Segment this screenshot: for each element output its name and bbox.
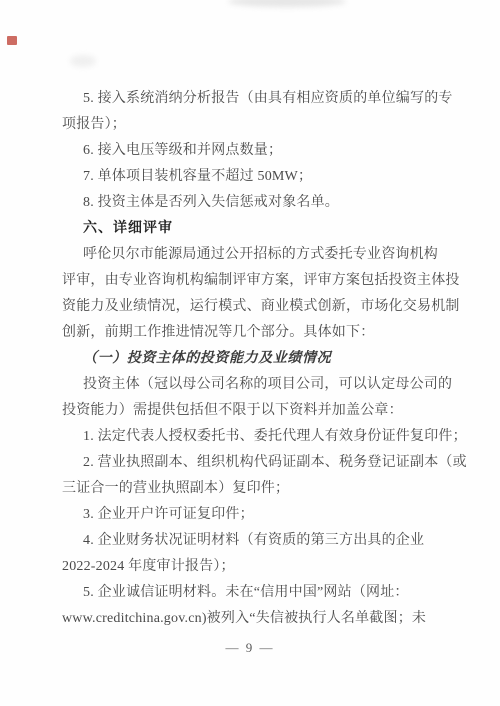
text-line: 6. 接入电压等级和并网点数量； [62,138,444,164]
section-6-intro: 呼伦贝尔市能源局通过公开招标的方式委托专业咨询机构评审，由专业咨询机构编制评审方… [62,242,444,346]
material-2-business-license: 2. 营业执照副本、组织机构代码证副本、税务登记证副本（或三证合一的营业执照副本… [62,450,444,502]
text-line: 三证合一的营业执照副本）复印件； [62,476,444,502]
material-5-credit-proof: 5. 企业诚信证明材料。未在“信用中国”网站（网址：www.creditchin… [62,580,444,632]
material-3-account-permit: 3. 企业开户许可证复印件； [62,502,444,528]
clause-6-voltage-level: 6. 接入电压等级和并网点数量； [62,138,444,164]
red-stamp-mark [7,36,17,45]
text-line: 2022-2024 年度审计报告）； [62,554,444,580]
clause-7-capacity-limit: 7. 单体项目装机容量不超过 50MW； [62,164,444,190]
scan-smudge-top [228,0,346,7]
text-line: 7. 单体项目装机容量不超过 50MW； [62,164,444,190]
text-line: 2. 营业执照副本、组织机构代码证副本、税务登记证副本（或 [62,450,444,476]
clause-8-dishonesty-list: 8. 投资主体是否列入失信惩戒对象名单。 [62,190,444,216]
material-1-authorization: 1. 法定代表人授权委托书、委托代理人有效身份证件复印件； [62,424,444,450]
text-line: （一）投资主体的投资能力及业绩情况 [62,346,444,372]
text-line: www.creditchina.gov.cn)被列入“失信被执行人名单截图；未 [62,606,444,632]
subsection-1-heading: （一）投资主体的投资能力及业绩情况 [62,346,444,372]
scanned-document-page: 5. 接入系统消纳分析报告（由具有相应资质的单位编写的专项报告）；6. 接入电压… [0,0,500,706]
subsection-1-intro: 投资主体（冠以母公司名称的项目公司，可以认定母公司的投资能力）需提供包括但不限于… [62,372,444,424]
text-line: 1. 法定代表人授权委托书、委托代理人有效身份证件复印件； [62,424,444,450]
text-line: 六、详细评审 [62,216,444,242]
text-line: 5. 企业诚信证明材料。未在“信用中国”网站（网址： [62,580,444,606]
text-line: 资能力及业绩情况，运行模式、商业模式创新，市场化交易机制 [62,294,444,320]
material-4-financial-status: 4. 企业财务状况证明材料（有资质的第三方出具的企业2022-2024 年度审计… [62,528,444,580]
clause-5-grid-absorption-report: 5. 接入系统消纳分析报告（由具有相应资质的单位编写的专项报告）； [62,86,444,138]
text-line: 5. 接入系统消纳分析报告（由具有相应资质的单位编写的专 [62,86,444,112]
text-line: 4. 企业财务状况证明材料（有资质的第三方出具的企业 [62,528,444,554]
section-6-heading: 六、详细评审 [62,216,444,242]
text-line: 投资能力）需提供包括但不限于以下资料并加盖公章： [62,398,444,424]
page-number: — 9 — [0,640,500,656]
text-line: 8. 投资主体是否列入失信惩戒对象名单。 [62,190,444,216]
text-line: 创新，前期工作推进情况等几个部分。具体如下： [62,320,444,346]
text-line: 3. 企业开户许可证复印件； [62,502,444,528]
text-line: 评审，由专业咨询机构编制评审方案，评审方案包括投资主体投 [62,268,444,294]
text-line: 项报告）； [62,112,444,138]
text-line: 投资主体（冠以母公司名称的项目公司，可以认定母公司的 [62,372,444,398]
text-line: 呼伦贝尔市能源局通过公开招标的方式委托专业咨询机构 [62,242,444,268]
scan-smudge-left [70,55,96,67]
document-body: 5. 接入系统消纳分析报告（由具有相应资质的单位编写的专项报告）；6. 接入电压… [62,86,444,632]
